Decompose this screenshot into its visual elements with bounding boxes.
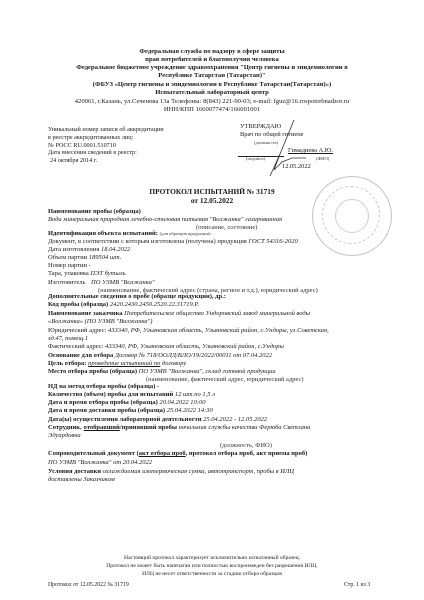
accreditation-date: 24 октября 2014 г. (48, 157, 164, 165)
sample-code-label: Код пробы (образца) (48, 301, 108, 308)
mfg-date-label: Дата изготовления (48, 246, 99, 253)
employee-value-1: начальник службы качества Ферюба Светлан… (179, 424, 311, 431)
actual-address-label: Фактический адрес: (48, 343, 104, 350)
accompanying-doc-value: ПО УЗМВ "Волжанка" от 20.04.2022 (48, 459, 152, 467)
actual-address-value: 433340, РФ, Ульяновская область, Ульянов… (105, 343, 284, 350)
accompanying-doc-label-underlined: акт отбора проб (139, 450, 186, 457)
header-institution-line2: Республике Татарстан (Татарстан)" (0, 72, 424, 80)
customer-value-2: «Волжанка» (ПО УЗМВ "Волжанка") (48, 318, 152, 326)
delivery-datetime-value: 25.04.2022 14:30 (167, 407, 213, 414)
sampling-place-label: Место отбора пробы (образца) (48, 368, 137, 375)
nd-label: НД на метод отбора пробы (образца) (48, 383, 155, 390)
employee-label-underlined: отобравший (82, 424, 120, 431)
sampling-datetime-label: Дата и время отбора пробы (образца) (48, 399, 158, 406)
sample-code-value: 2420.2430.2450.2520.22.31719.Р. (110, 301, 199, 308)
sample-name-label: Наименование пробы (образца) (48, 208, 141, 216)
sampling-place-value: ПО УЗМВ "Волжанка", склад готовой продук… (139, 368, 276, 375)
accompanying-doc-label-b: , протокол отбора проб, акт приема проб) (186, 450, 308, 457)
manufacturer-label: Изготовитель (48, 279, 85, 286)
purpose-value-underlined: проведение испытаний по (88, 360, 160, 367)
ident-caption: (для образцов продукции) (160, 231, 211, 236)
footer-protocol-reference: Протокол от 12.05.2022 № 31719 (48, 582, 129, 588)
employee-label-a: Сотрудник, (48, 424, 82, 431)
delivery-conditions-label: Условия доставки (48, 468, 101, 475)
document-page: Федеральная служба по надзору в сфере за… (0, 0, 424, 600)
ident-label: Идентификация объекта испытаний: (48, 230, 158, 237)
delivery-datetime-label: Дата и время доставки пробы (образца) (48, 407, 165, 414)
nd-value: - (157, 383, 159, 390)
protocol-date: от 12.05.2022 (0, 196, 424, 205)
header-inn: ИНН/КПП 1660077474/166001001 (0, 106, 424, 114)
sampling-place-caption: (наименование, фактический адрес, юридич… (146, 376, 304, 384)
package-value: ПЭТ бутыль (90, 270, 125, 277)
employee-caption: (должность, ФИО) (220, 442, 272, 450)
signature-icon (262, 118, 312, 188)
legal-address-value-2: зд.47, помещ.1 (48, 335, 88, 343)
accreditation-number: № РОСС RU.0001.510710 (48, 142, 164, 150)
employee-label-b: /принявший пробы (120, 424, 177, 431)
protocol-title: ПРОТОКОЛ ИСПЫТАНИЙ № 31719 (0, 187, 424, 196)
lab-dates-label: Дата(ы) осуществления лабораторной деяте… (48, 416, 202, 423)
basis-label: Основание для отбора (48, 352, 113, 359)
accreditation-date-label: Дата внесения сведений в реестр: (48, 149, 164, 157)
doc-value: ГОСТ 54316-2020 (248, 238, 297, 245)
footer-line2: Протокол не может быть напечатан или пол… (0, 563, 424, 570)
accreditation-line1: Уникальный номер записи об аккредитации (48, 126, 164, 134)
customer-label: Наименование заказчика (48, 310, 123, 317)
quantity-label: Количество (объем) пробы для испытаний (48, 391, 173, 398)
delivery-conditions-value-2: доставлены Заказчиком (48, 476, 115, 484)
employee-value-2: Эдуардовна (48, 432, 81, 440)
batch-number-label: Номер партии (48, 262, 87, 269)
doc-label: Документ, в соответствии с которым изгот… (48, 238, 247, 245)
accompanying-doc-label-a: Сопроводительный документ ( (48, 450, 139, 457)
extra-info-label: Дополнительные сведения о пробе (образце… (48, 293, 226, 301)
header-lab-center: Испытательный лабораторный центр (0, 89, 424, 97)
sample-name-value: Вода минеральная природная лечебно-столо… (48, 216, 282, 224)
accreditation-line2: в реестре аккредитованных лиц: (48, 134, 164, 142)
purpose-value: договору (162, 360, 186, 367)
lab-dates-value: 25.04.2022 - 12.05.2022 (203, 416, 267, 423)
batch-number-value: - (89, 262, 91, 269)
mfg-date-value: 18.04.2022 (101, 246, 130, 253)
batch-volume-value: 189504 шт. (89, 254, 121, 261)
legal-address-value-1: 433340, РФ, Ульяновская область, Ульянов… (108, 327, 329, 334)
footer-page-number: Стр. 1 из 3 (344, 582, 370, 588)
quantity-value: 12 шт.по 1,5 л (175, 391, 215, 398)
footer-line1: Настоящий протокол характеризует исключи… (0, 555, 424, 562)
footer-line3: ИЛЦ не несет ответственности за стадию о… (0, 571, 424, 578)
customer-value-1: Потребительское общество Ундоровский зав… (124, 310, 310, 317)
legal-address-label: Юридический адрес: (48, 327, 106, 334)
purpose-label: Цель отбора: (48, 360, 86, 367)
package-label: Тара, упаковка (48, 270, 89, 277)
delivery-conditions-value-1: охлаждаемая изотермическая сумка, автотр… (103, 468, 294, 475)
accreditation-block: Уникальный номер записи об аккредитации … (48, 126, 164, 165)
sampling-datetime-value: 20.04.2022 10:00 (159, 399, 205, 406)
approval-name-caption: (ФИО) (316, 155, 329, 163)
manufacturer-value: ПО УЗМВ "Волжанка" (87, 279, 155, 286)
batch-volume-label: Объем партии (48, 254, 87, 261)
basis-value: Договор № 718/ООЛД/ВЛО/19/2022/00011 от … (115, 352, 272, 359)
